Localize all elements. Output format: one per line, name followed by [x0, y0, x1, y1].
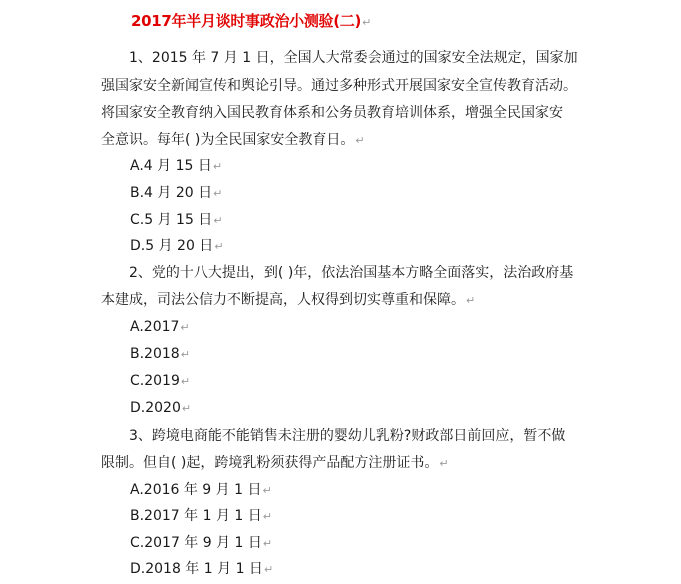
q1-option-b: B.4 月 20 日↵ — [130, 183, 222, 204]
q2-line-2: 本建成，司法公信力不断提高，人权得到切实尊重和保障。↵ — [101, 290, 475, 311]
option-text: A.2017 — [130, 319, 179, 335]
title-text: 2017年半月谈时事政治小测验(二) — [131, 12, 361, 30]
q1-line-2: 强国家安全新闻宣传和舆论引导。通过多种形式开展国家安全宣传教育活动。 — [101, 76, 577, 96]
option-text: B.2018 — [130, 346, 180, 362]
q1-line-1: 1、2015 年 7 月 1 日，全国人大常委会通过的国家安全法规定，国家加 — [129, 48, 578, 68]
q1-line-4: 全意识。每年( )为全民国家安全教育日。↵ — [101, 130, 365, 151]
q2-line-2-text: 本建成，司法公信力不断提高，人权得到切实尊重和保障。 — [101, 292, 465, 308]
q1-line-3: 将国家安全教育纳入国民教育体系和公务员教育培训体系，增强全民国家安 — [101, 103, 563, 123]
paragraph-mark-icon: ↵ — [180, 321, 189, 334]
option-text: A.2016 年 9 月 1 日 — [130, 482, 261, 498]
paragraph-mark-icon: ↵ — [262, 484, 271, 497]
q3-line-1: 3、跨境电商能不能销售未注册的婴幼儿乳粉?财政部日前回应，暂不做 — [129, 426, 565, 446]
q3-option-d: D.2018 年 1 月 1 日↵ — [130, 559, 273, 580]
paragraph-mark-icon: ↵ — [181, 375, 190, 388]
paragraph-mark-icon: ↵ — [213, 214, 222, 227]
option-text: C.2017 年 9 月 1 日 — [130, 535, 262, 551]
paragraph-mark-icon: ↵ — [466, 294, 475, 307]
option-text: D.2018 年 1 月 1 日 — [130, 561, 263, 577]
paragraph-mark-icon: ↵ — [362, 16, 371, 29]
q3-option-b: B.2017 年 1 月 1 日↵ — [130, 506, 272, 527]
paragraph-mark-icon: ↵ — [264, 563, 273, 576]
q2-option-d: D.2020↵ — [130, 398, 191, 419]
paragraph-mark-icon: ↵ — [214, 240, 223, 253]
q3-option-c: C.2017 年 9 月 1 日↵ — [130, 533, 272, 554]
option-text: D.5 月 20 日 — [130, 238, 213, 254]
paragraph-mark-icon: ↵ — [263, 537, 272, 550]
option-text: C.2019 — [130, 373, 180, 389]
q3-line-2: 限制。但自( )起，跨境乳粉须获得产品配方注册证书。↵ — [101, 453, 449, 474]
q3-line-2-text: 限制。但自( )起，跨境乳粉须获得产品配方注册证书。 — [101, 455, 438, 471]
q1-option-c: C.5 月 15 日↵ — [130, 210, 223, 231]
q1-option-d: D.5 月 20 日↵ — [130, 236, 224, 257]
paragraph-mark-icon: ↵ — [182, 402, 191, 415]
paragraph-mark-icon: ↵ — [181, 348, 190, 361]
paragraph-mark-icon: ↵ — [263, 510, 272, 523]
q1-option-a: A.4 月 15 日↵ — [130, 156, 222, 177]
paragraph-mark-icon: ↵ — [355, 134, 364, 147]
document-title: 2017年半月谈时事政治小测验(二)↵ — [131, 10, 371, 31]
q1-line-4-text: 全意识。每年( )为全民国家安全教育日。 — [101, 132, 354, 148]
option-text: B.2017 年 1 月 1 日 — [130, 508, 262, 524]
paragraph-mark-icon: ↵ — [439, 457, 448, 470]
option-text: C.5 月 15 日 — [130, 212, 212, 228]
q2-option-a: A.2017↵ — [130, 317, 190, 338]
paragraph-mark-icon: ↵ — [213, 187, 222, 200]
option-text: D.2020 — [130, 400, 181, 416]
option-text: A.4 月 15 日 — [130, 158, 212, 174]
q3-option-a: A.2016 年 9 月 1 日↵ — [130, 480, 272, 501]
q2-option-b: B.2018↵ — [130, 344, 190, 365]
q2-line-1: 2、党的十八大提出，到( )年，依法治国基本方略全面落实，法治政府基 — [129, 263, 573, 283]
paragraph-mark-icon: ↵ — [213, 160, 222, 173]
q2-option-c: C.2019↵ — [130, 371, 190, 392]
option-text: B.4 月 20 日 — [130, 185, 212, 201]
